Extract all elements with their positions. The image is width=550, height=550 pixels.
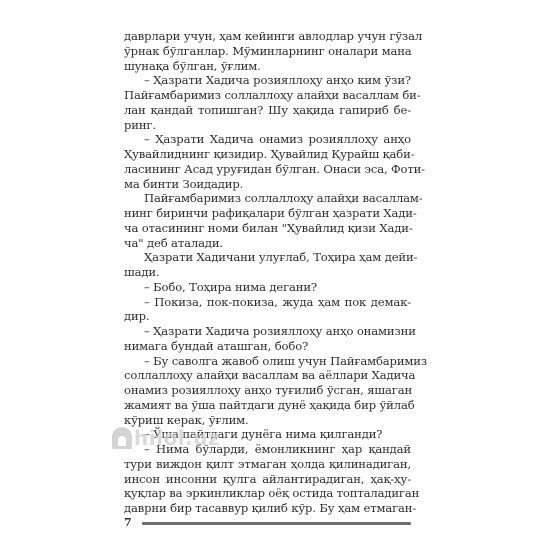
text-line: – Нима бўларди, ёмонликнинг ҳар қандай [124,442,411,457]
text-line: ча" деб аталади. [124,236,411,251]
text-line: Ҳазрати Хадичани улуғлаб, Тоҳира ҳам дей… [124,250,411,265]
text-line: нимага бундай аташган, бобо? [124,339,411,354]
text-line: тури виждон қилт этмаган ҳолда қилинадиг… [124,457,411,472]
text-line: ринг. [124,118,411,133]
page-body-text: даврлари учун, ҳам кейинги авлодлар учун… [124,29,411,516]
footer-rule [142,522,411,525]
text-line: – Покиза, пок-покиза, жуда ҳам пок демак… [124,295,411,310]
text-line: ма бинти Зоидадир. [124,177,411,192]
text-line: нинг биринчи рафиқалари бўлган ҳазрати Х… [124,206,411,221]
text-line: – Бу саволга жавоб олиш учун Пайғамбарим… [124,354,411,369]
text-line: инсон инсонни қулга айлантирадиган, ҳақ-… [124,472,411,487]
text-line: онамиз розияллоҳу анҳо туғилиб ўсган, яш… [124,383,411,398]
text-line: ча отасининг номи билан "Ҳувайлид қизи Х… [124,221,411,236]
text-line: жамият ва ўша пайтдаги дунё ҳақида бир ў… [124,398,411,413]
text-line: шади. [124,265,411,280]
page-footer: 7 [124,516,411,530]
text-line: шунақа бўлган, ўғлим. [124,59,411,74]
page-number: 7 [124,516,132,529]
text-line: Ҳувайлиднинг қизидир. Ҳувайлид Қурайш қа… [124,147,411,162]
text-line: Пайғамбаримиз соллаллоҳу алайҳи васаллам… [124,88,411,103]
text-line: даврни бир тасаввур қилиб кўр. Бу ҳам ет… [124,501,411,516]
text-line: ласининг Асад уруғидан бўлган. Онаси эса… [124,162,411,177]
text-line: дир. [124,309,411,324]
text-line: кўриш керак, ўғлим. [124,413,411,428]
text-line: лан қандай топишган? Шу ҳақида гапириб б… [124,103,411,118]
text-line: – Ҳазрати Хадича розияллоҳу анҳо онамизн… [124,324,411,339]
text-line: соллаллоҳу алайҳи васаллам ва аёллари Ха… [124,368,411,383]
text-line: – Бобо, Тоҳира нима дегани? [124,280,411,295]
text-line: қуқлар ва эркинликлар оёқ остида топтала… [124,486,411,501]
text-line: – Ҳазрати Хадича онамиз розияллоҳу анҳо [124,132,411,147]
text-line: даврлари учун, ҳам кейинги авлодлар учун… [124,29,411,44]
book-page: даврлари учун, ҳам кейинги авлодлар учун… [0,0,550,550]
text-line: ўрнак бўлганлар. Мўминларнинг оналари ма… [124,44,411,59]
text-line: – Ўша пайтдаги дунёга нима қилганди? [124,427,411,442]
text-line: – Ҳазрати Хадича розияллоҳу анҳо ким ўзи… [124,73,411,88]
text-line: Пайғамбаримиз соллаллоҳу алайҳи васаллам… [124,191,411,206]
